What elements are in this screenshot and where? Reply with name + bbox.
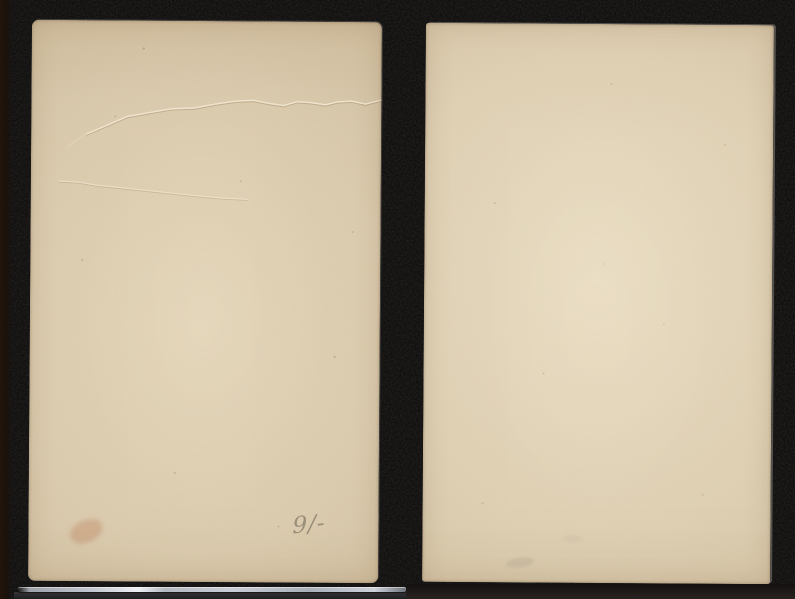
left-edge-shadow — [0, 0, 12, 599]
photo-canvas: 9/- — [0, 0, 795, 599]
right-card-grain — [422, 23, 774, 584]
bottom-shadow-band-right — [406, 584, 795, 599]
right-card-marks — [422, 23, 774, 584]
right-card-back — [422, 23, 774, 584]
left-card-back: 9/- — [28, 20, 382, 583]
bottom-shadow-band-left — [14, 592, 406, 599]
scanner-edge-strip — [18, 587, 406, 592]
left-card-marks — [28, 20, 382, 583]
pencil-price-mark: 9/- — [292, 510, 325, 539]
